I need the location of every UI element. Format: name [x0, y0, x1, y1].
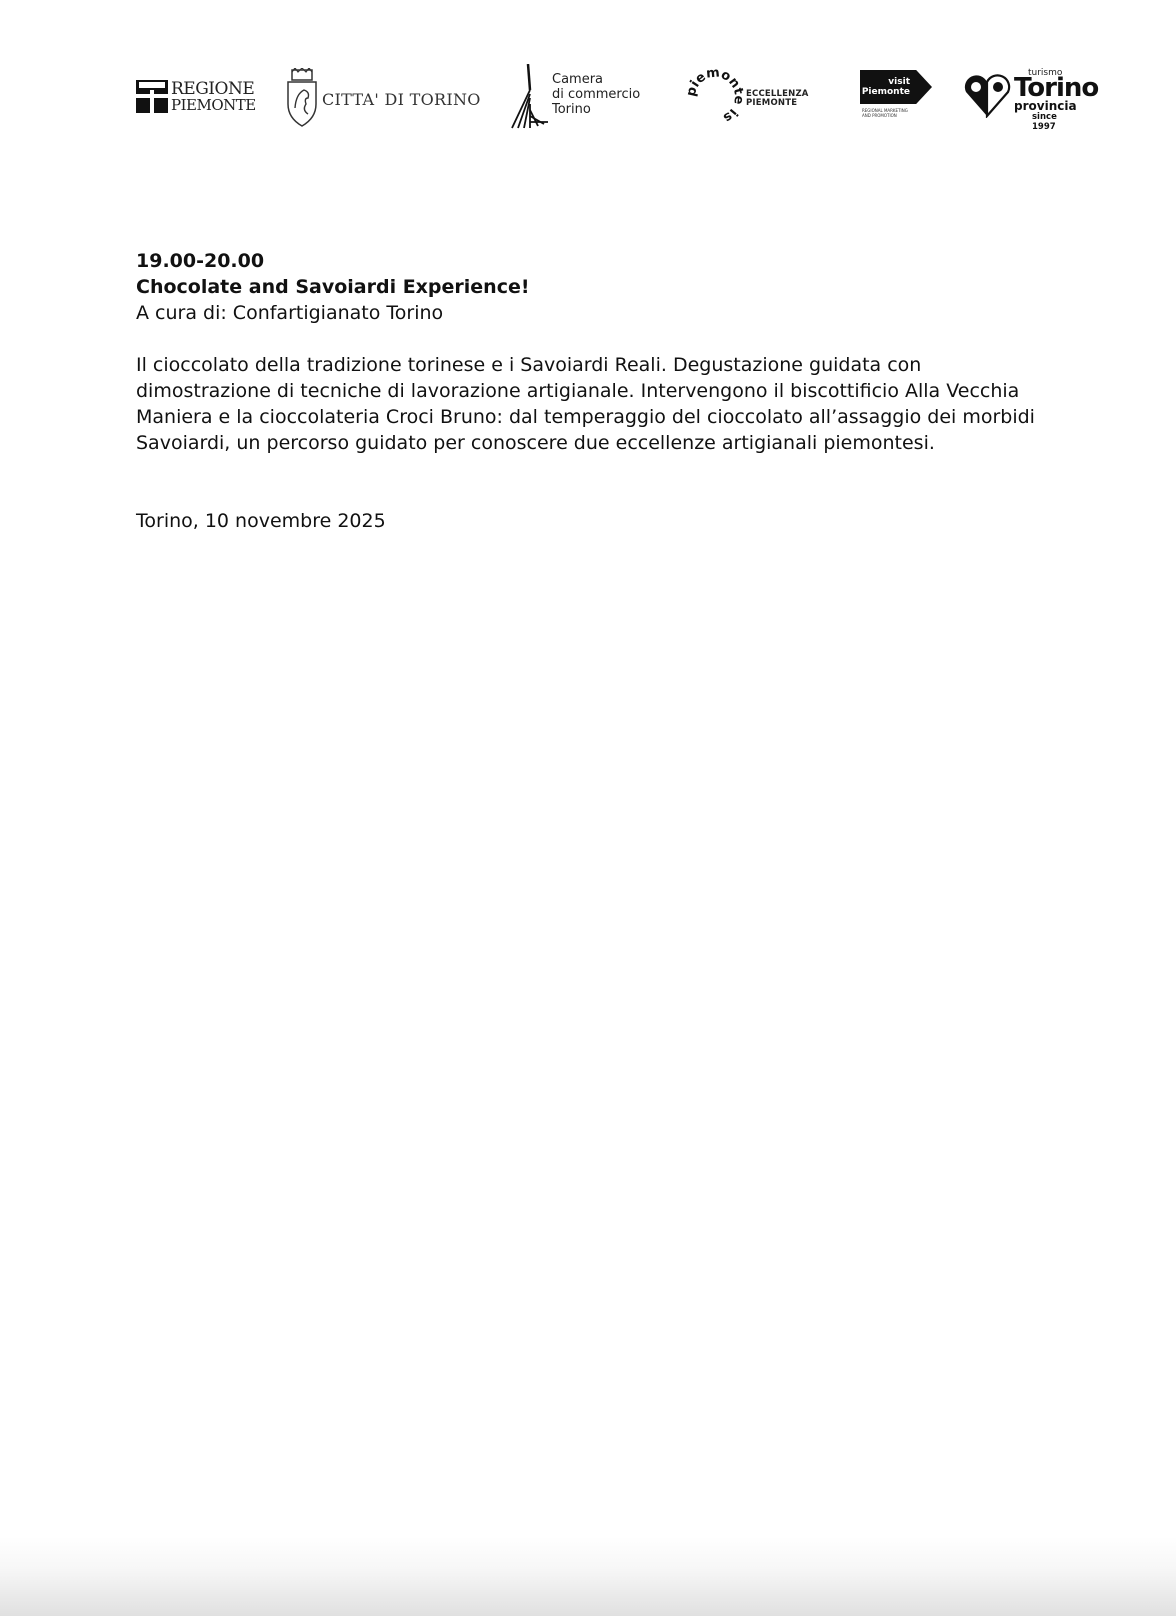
camera-di-commercio-text: Camera di commercio Torino [552, 72, 640, 117]
piemonte-is-ring-icon: piemonte is [686, 66, 744, 128]
svg-text:piemonte is: piemonte is [686, 66, 744, 125]
regione-piemonte-flag-icon [136, 80, 168, 113]
visit-piemonte-tag-icon: visit Piemonte [860, 70, 932, 104]
torino-crest-icon [284, 68, 320, 128]
regione-piemonte-line2: PIEMONTE [171, 96, 256, 114]
map-pin-heart-icon [962, 70, 1012, 118]
event-content: 19.00-20.00 Chocolate and Savoiardi Expe… [136, 248, 1056, 534]
camera-commercio-fan-icon [510, 64, 550, 130]
event-time: 19.00-20.00 [136, 248, 1056, 274]
partner-logos-bar: REGIONE PIEMONTE CITTA' DI TORINO Camera… [134, 60, 1104, 135]
citta-di-torino-text: CITTA' DI TORINO [322, 90, 481, 109]
eccellenza-piemonte-text: ECCELLENZA PIEMONTE [746, 90, 809, 108]
page-bottom-shadow [0, 1536, 1176, 1616]
place-date: Torino, 10 novembre 2025 [136, 508, 1056, 534]
event-title: Chocolate and Savoiardi Experience! [136, 274, 1056, 300]
event-curator: A cura di: Confartigianato Torino [136, 300, 1056, 326]
event-description: Il cioccolato della tradizione torinese … [136, 352, 1056, 456]
visit-piemonte-subtitle: REGIONAL MARKETING AND PROMOTION [862, 108, 908, 118]
